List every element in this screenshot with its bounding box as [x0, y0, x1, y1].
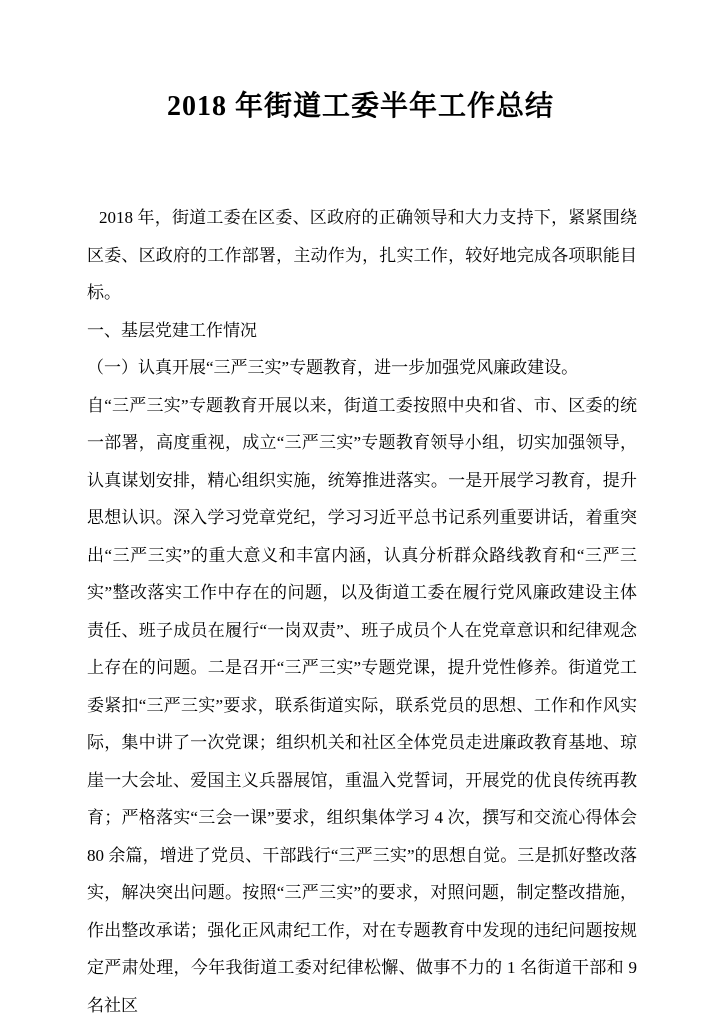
subsection-heading-1-1: （一）认真开展“三严三实”专题教育，进一步加强党风廉政建设。: [87, 349, 637, 387]
document-body: 2018 年，街道工委在区委、区政府的正确领导和大力支持下，紧紧围绕区委、区政府…: [87, 199, 637, 1020]
paragraph-body-1: 自“三严三实”专题教育开展以来，街道工委按照中央和省、市、区委的统一部署，高度重…: [87, 387, 637, 1020]
document-title: 2018 年街道工委半年工作总结: [0, 87, 721, 127]
paragraph-intro: 2018 年，街道工委在区委、区政府的正确领导和大力支持下，紧紧围绕区委、区政府…: [87, 199, 637, 312]
section-heading-1: 一、基层党建工作情况: [87, 312, 637, 350]
document-page: 2018 年街道工委半年工作总结 2018 年，街道工委在区委、区政府的正确领导…: [0, 0, 721, 1020]
